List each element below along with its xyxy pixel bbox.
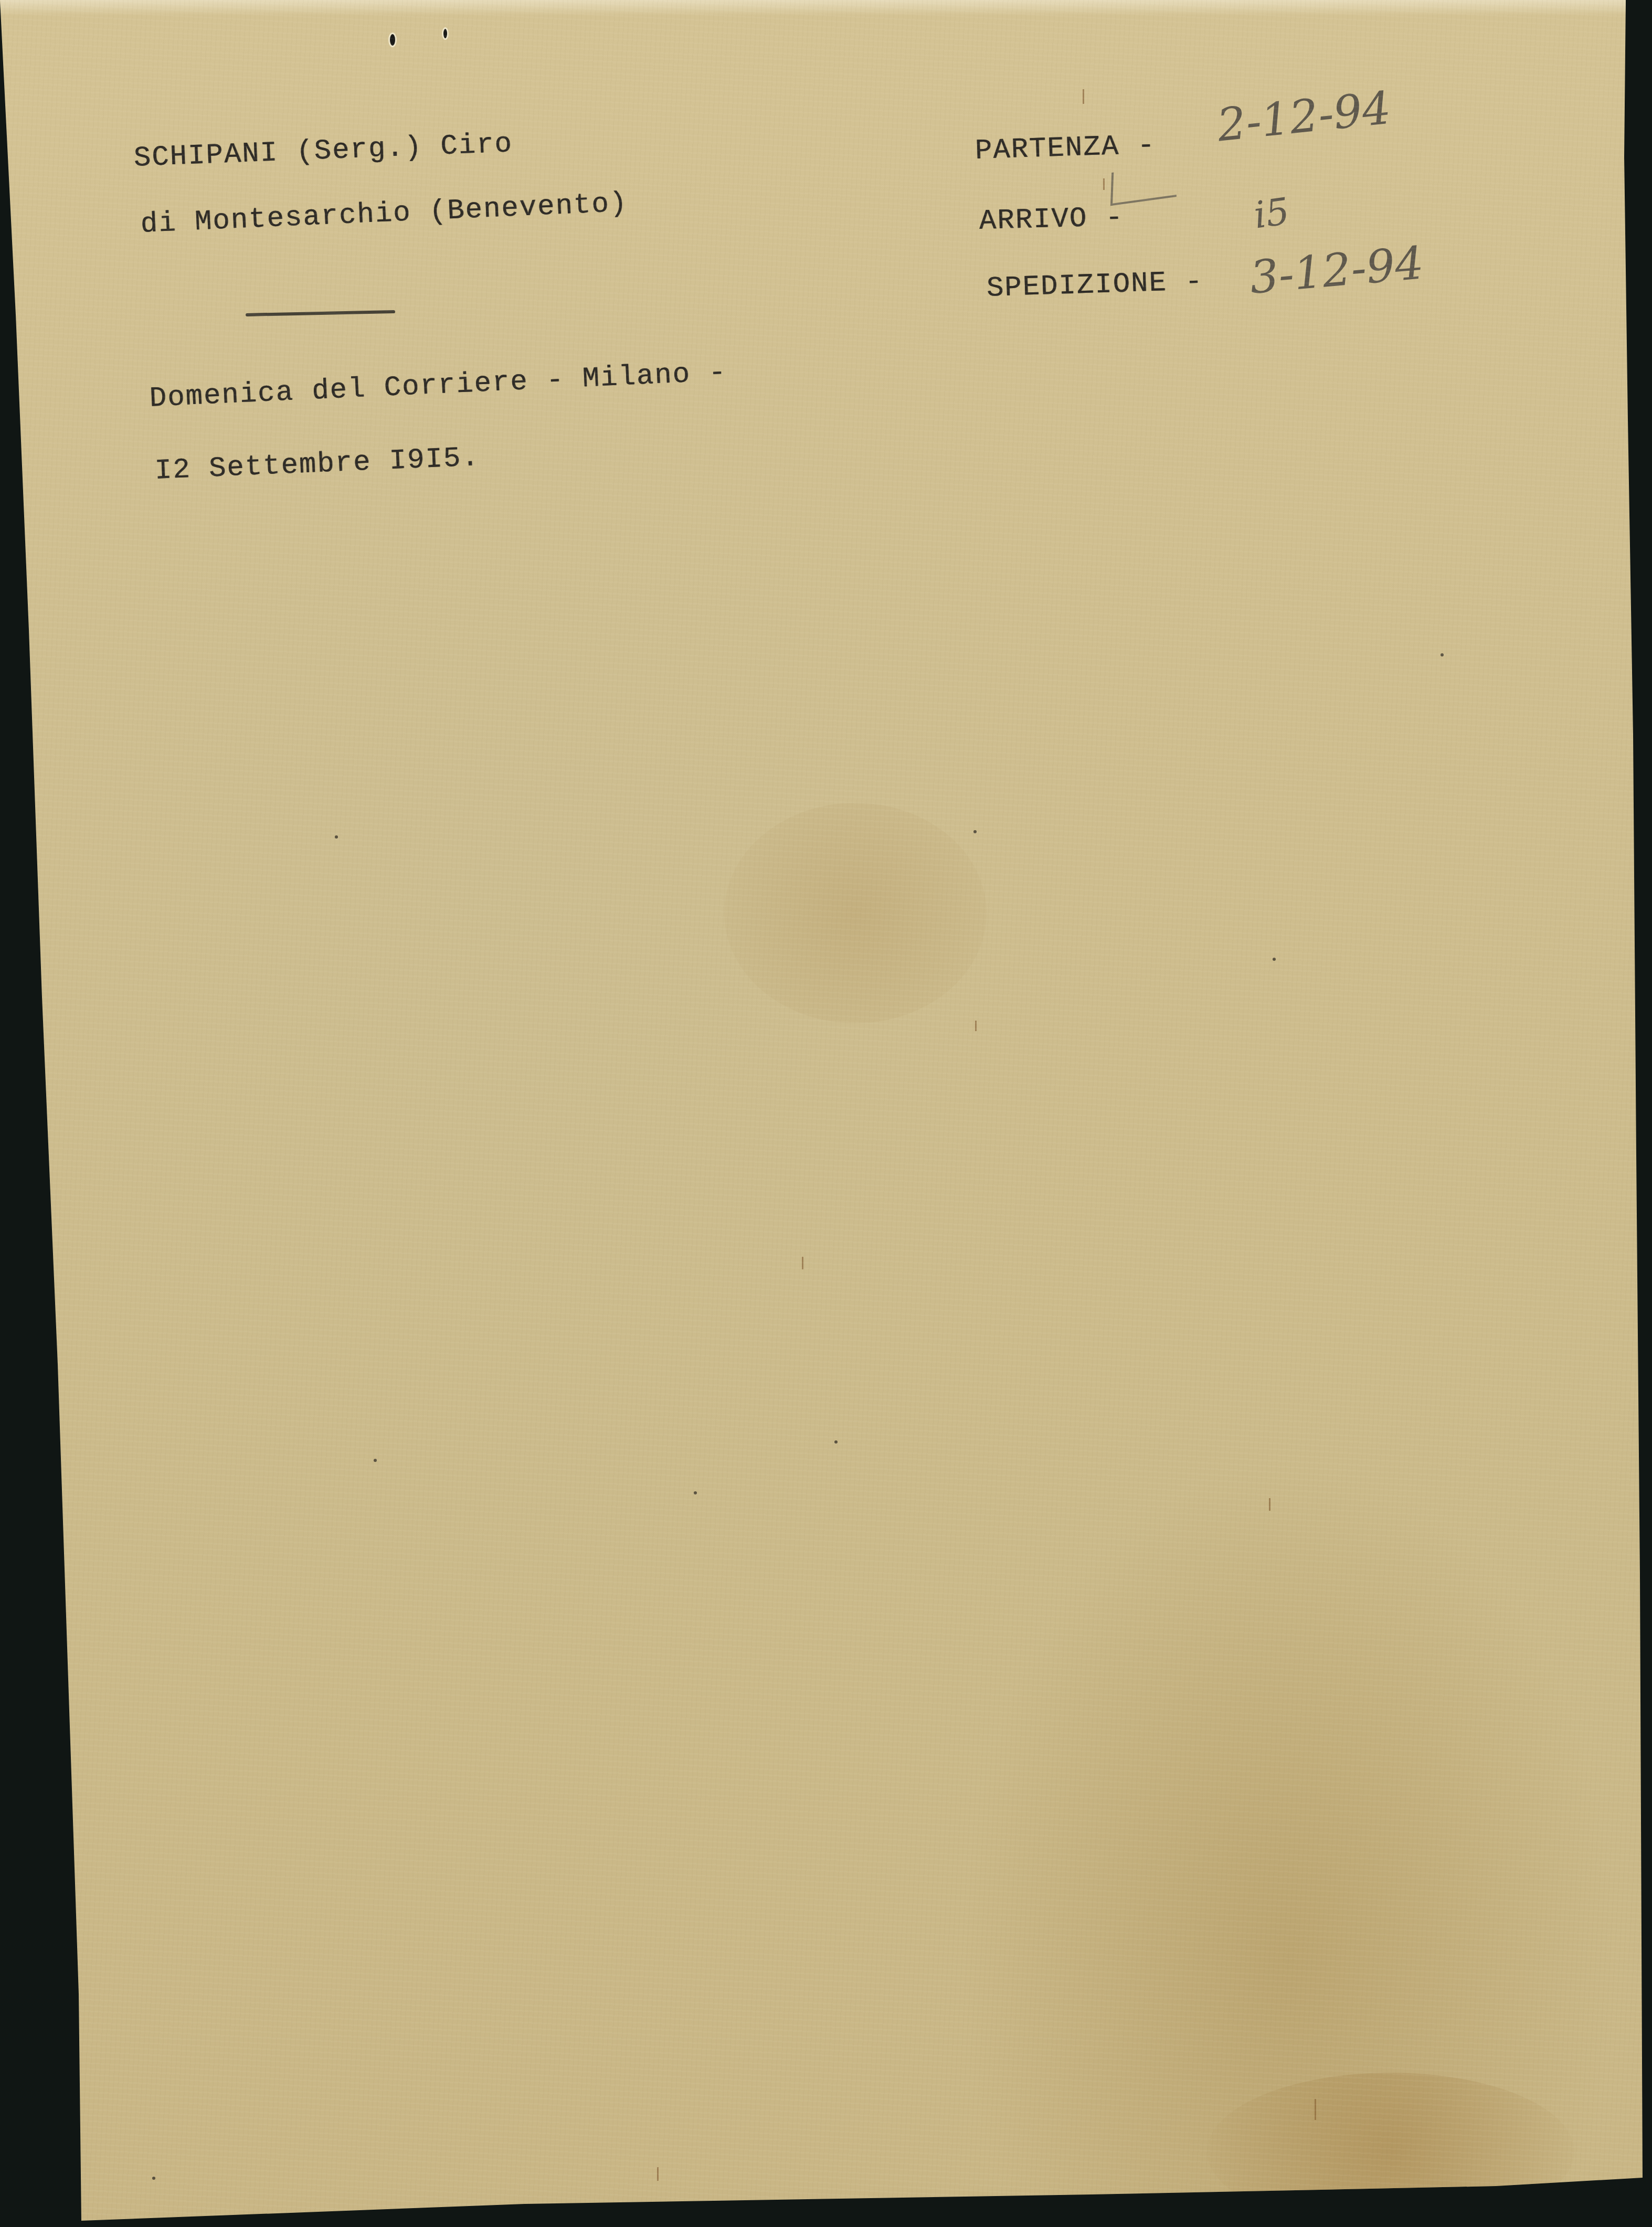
paper-fiber	[1269, 1498, 1270, 1511]
paper-speck	[152, 2177, 155, 2180]
paper-speck	[834, 1440, 838, 1444]
paper-speck	[1273, 958, 1276, 961]
paper-fiber	[1083, 89, 1084, 104]
punch-hole	[388, 33, 397, 47]
separator-rule	[246, 310, 395, 316]
water-stain	[724, 803, 987, 1023]
field-label-spedizione: SPEDIZIONE -	[986, 266, 1204, 305]
paper-fiber	[657, 2167, 659, 2181]
paper-speck	[335, 835, 338, 839]
source-date: I2 Settembre I9I5.	[154, 442, 480, 487]
handwritten-ditto-mark	[1110, 164, 1178, 206]
source-publication: Domenica del Corriere - Milano -	[149, 357, 728, 415]
field-label-partenza: PARTENZA -	[975, 130, 1156, 167]
water-stain	[1207, 2073, 1574, 2227]
field-label-arrivo: ARRIVO -	[979, 202, 1124, 238]
paper-fiber	[1103, 178, 1105, 190]
subject-name: SCHIPANI (Serg.) Ciro	[133, 128, 513, 175]
subject-origin: di Montesarchio (Benevento)	[140, 188, 629, 241]
handwritten-arrivo-mark: i5	[1251, 189, 1292, 237]
paper-speck	[973, 830, 977, 833]
paper-speck	[1441, 653, 1444, 656]
paper-fiber	[802, 1257, 803, 1269]
paper-speck	[374, 1459, 377, 1462]
handwritten-spedizione-date: 3-12-94	[1248, 237, 1426, 304]
punch-hole	[442, 27, 449, 40]
document-paper: SCHIPANI (Serg.) Ciro di Montesarchio (B…	[0, 0, 1652, 2227]
paper-speck	[694, 1491, 697, 1494]
paper-fiber	[975, 1021, 977, 1031]
paper-top-edge	[0, 0, 1652, 16]
handwritten-partenza-date: 2-12-94	[1215, 82, 1393, 152]
